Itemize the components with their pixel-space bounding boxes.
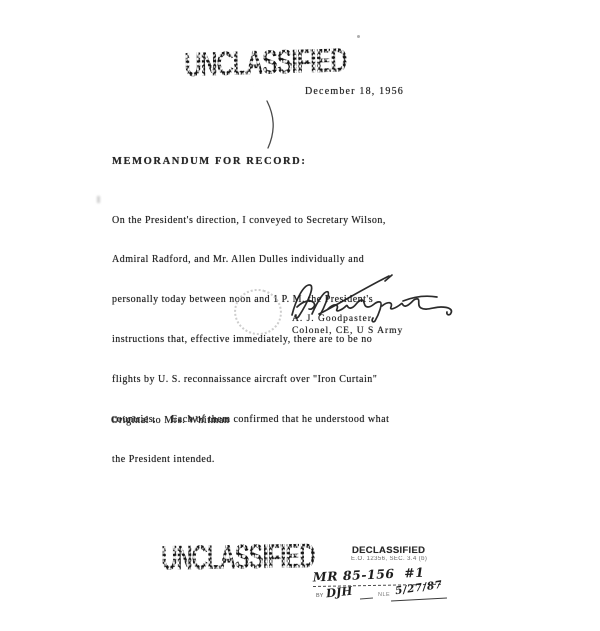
- unclassified-stamp-bottom: UNCLASSIFIED: [161, 536, 315, 579]
- pen-stroke-icon: [263, 99, 279, 151]
- declassified-by-line: BY DJH NLE 5/27/87: [315, 584, 475, 606]
- memo-date: December 18, 1956: [305, 86, 404, 97]
- memo-body-line: On the President's direction, I conveyed…: [112, 214, 389, 227]
- unclassified-stamp-top: UNCLASSIFIED: [184, 40, 347, 85]
- memo-body-line: Admiral Radford, and Mr. Allen Dulles in…: [112, 253, 389, 266]
- memo-heading: MEMORANDUM FOR RECORD:: [112, 156, 306, 167]
- ink-speck: [357, 35, 360, 38]
- memo-body: On the President's direction, I conveyed…: [112, 187, 389, 493]
- case-number-handwritten: MR 85-156 #1: [313, 565, 425, 585]
- signed-name: A. J. Goodpaster: [292, 314, 372, 324]
- by-initials-handwritten: DJH: [325, 584, 353, 601]
- distribution-note: Original to Mrs. Whitman: [111, 415, 230, 426]
- memo-document-page: UNCLASSIFIED December 18, 1956 MEMORANDU…: [0, 0, 600, 631]
- signed-title: Colonel, CE, U S Army: [292, 326, 403, 336]
- memo-body-line: flights by U. S. reconnaissance aircraft…: [112, 373, 389, 386]
- margin-smudge: [97, 196, 100, 203]
- declassified-stamp-title: DECLASSIFIED: [352, 545, 425, 556]
- declassified-authority-line: E.O. 12356, SEC. 3.4 (b): [351, 556, 427, 562]
- archive-code: NLE: [378, 592, 390, 598]
- date-underline: [391, 598, 447, 602]
- memo-body-line: the President intended.: [112, 453, 389, 466]
- dash-line: [360, 598, 373, 600]
- by-label: BY: [316, 593, 323, 599]
